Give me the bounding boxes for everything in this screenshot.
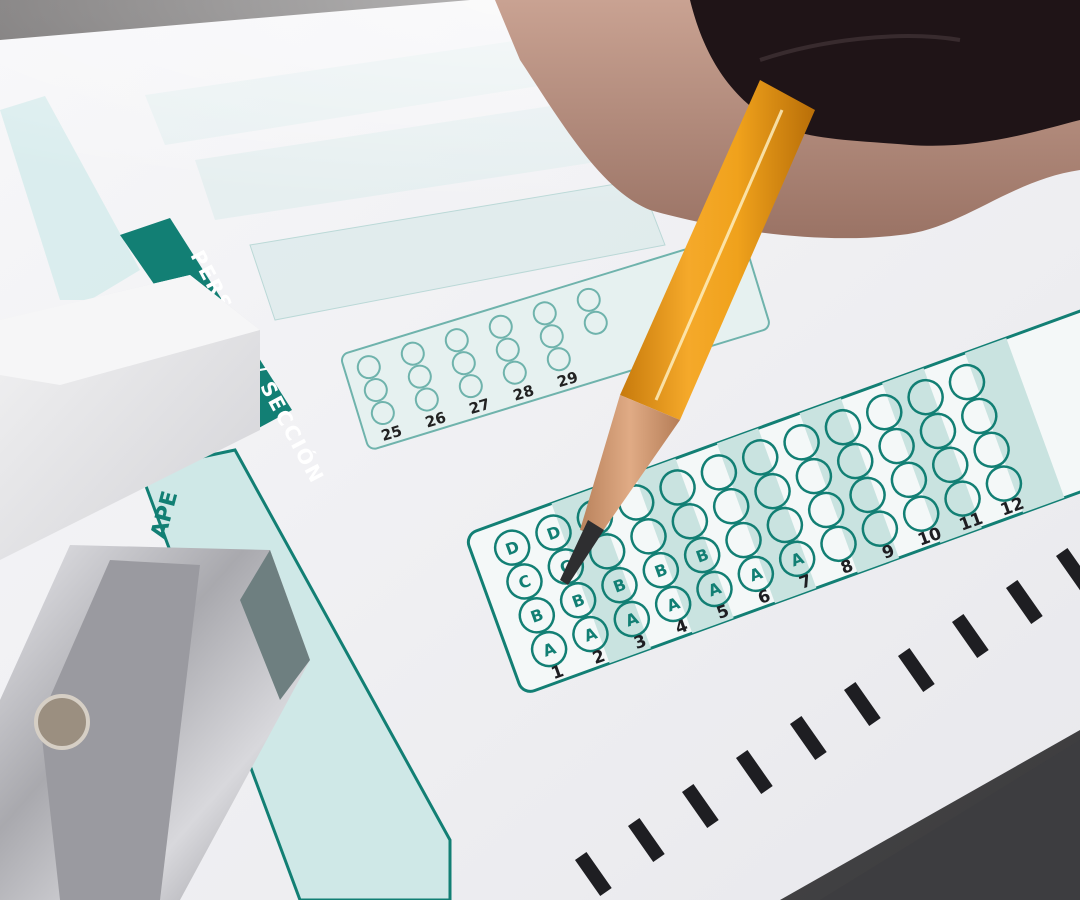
photo-scene: PERSONA / SECCIÓN APE 25 26 27 28 29 (0, 0, 1080, 900)
